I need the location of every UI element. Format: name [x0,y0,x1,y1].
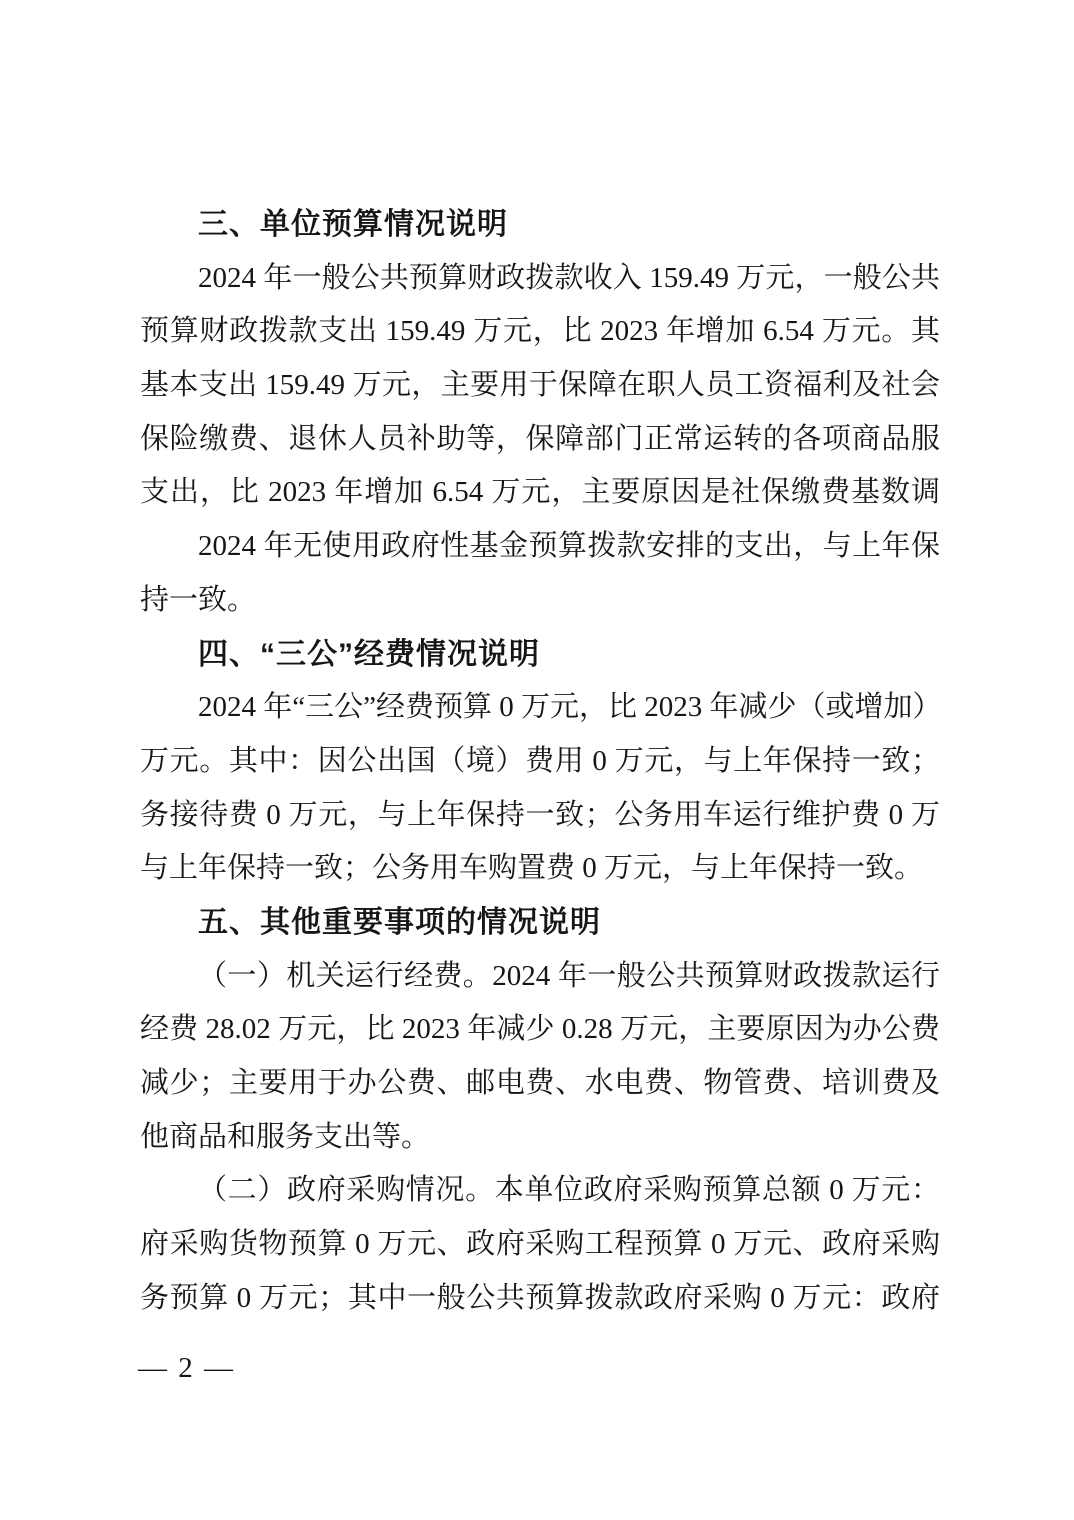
body-line: 支出，比 2023 年增加 6.54 万元，主要原因是社保缴费基数调整。 [140,466,940,520]
body-line: 持一致。 [140,574,940,628]
body-line: （二）政府采购情况。本单位政府采购预算总额 0 万元：政 [140,1164,940,1218]
body-line: 与上年保持一致；公务用车购置费 0 万元，与上年保持一致。 [140,842,940,896]
body-line: 基本支出 159.49 万元，主要用于保障在职人员工资福利及社会 [140,359,940,413]
body-line: 经费 28.02 万元，比 2023 年减少 0.28 万元，主要原因为办公费 [140,1003,940,1057]
body-line: 万元。其中：因公出国（境）费用 0 万元，与上年保持一致；公 [140,735,940,789]
body-line: 他商品和服务支出等。 [140,1111,940,1165]
section-3-heading: 三、单位预算情况说明 [140,198,940,252]
body-line: 预算财政拨款支出 159.49 万元，比 2023 年增加 6.54 万元。其中… [140,305,940,359]
body-line: 2024 年一般公共预算财政拨款收入 159.49 万元，一般公共 [140,252,940,306]
page-number: — 2 — [138,1348,235,1388]
body-line: 保险缴费、退休人员补助等，保障部门正常运转的各项商品服务 [140,413,940,467]
body-line: （一）机关运行经费。2024 年一般公共预算财政拨款运行 [140,950,940,1004]
section-4-heading: 四、“三公”经费情况说明 [140,628,940,682]
body-line: 2024 年“三公”经费预算 0 万元，比 2023 年减少（或增加） [140,681,940,735]
section-5-heading: 五、其他重要事项的情况说明 [140,896,940,950]
document-body: 三、单位预算情况说明 2024 年一般公共预算财政拨款收入 159.49 万元，… [140,198,940,1325]
body-line: 府采购货物预算 0 万元、政府采购工程预算 0 万元、政府采购服 [140,1218,940,1272]
body-line: 务预算 0 万元；其中一般公共预算拨款政府采购 0 万元：政府采 [140,1272,940,1326]
body-line: 务接待费 0 万元，与上年保持一致；公务用车运行维护费 0 万元， [140,789,940,843]
body-line: 减少；主要用于办公费、邮电费、水电费、物管费、培训费及其 [140,1057,940,1111]
body-line: 2024 年无使用政府性基金预算拨款安排的支出，与上年保 [140,520,940,574]
document-page: 三、单位预算情况说明 2024 年一般公共预算财政拨款收入 159.49 万元，… [0,0,1074,1520]
